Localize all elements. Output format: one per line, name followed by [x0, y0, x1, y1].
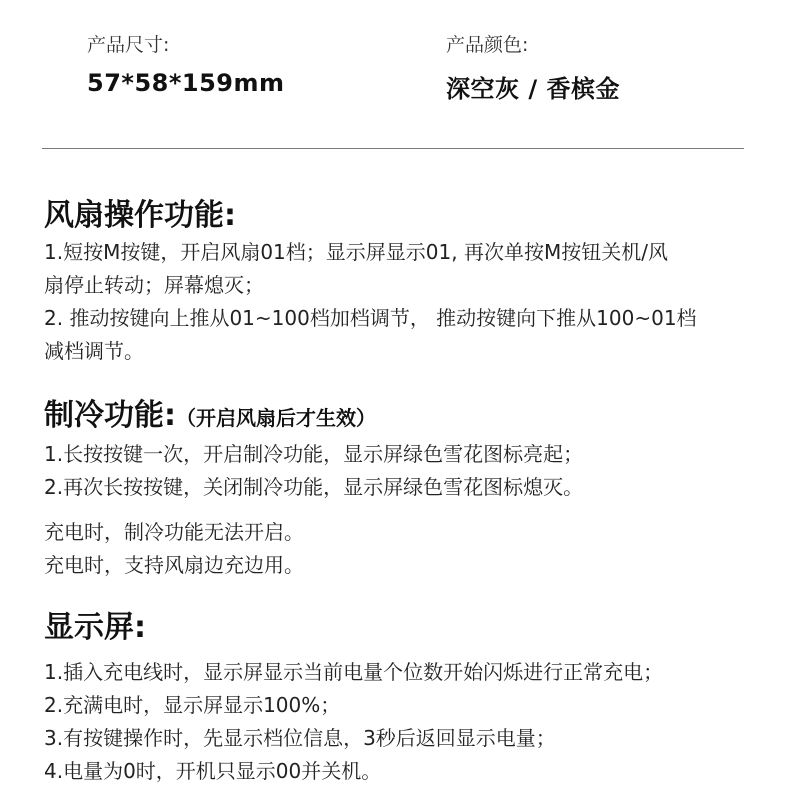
spec-color-label: 产品颜色:: [446, 30, 620, 57]
spec-color: 产品颜色: 深空灰 / 香槟金: [446, 30, 620, 104]
text-line: 4.电量为0时，开机只显示00并关机。: [44, 755, 764, 788]
section-title: 显示屏:: [44, 608, 764, 648]
section-title: 制冷功能:（开启风扇后才生效）: [44, 396, 764, 438]
spec-size-label: 产品尺寸:: [87, 30, 285, 57]
section-title: 风扇操作功能:: [44, 196, 764, 236]
section-title-note: （开启风扇后才生效）: [176, 406, 376, 430]
text-line: 1.长按按键一次，开启制冷功能，显示屏绿色雪花图标亮起；: [44, 438, 764, 471]
divider: [42, 148, 744, 149]
text-line: 3.有按键操作时，先显示档位信息，3秒后返回显示电量；: [44, 722, 764, 755]
text-line: 2. 推动按键向上推从01~100档加档调节， 推动按键向下推从100~01档: [44, 302, 764, 335]
text-line: 扇停止转动；屏幕熄灭；: [44, 269, 764, 302]
spec-size-value: 57*58*159mm: [87, 69, 285, 97]
spacer: [44, 504, 764, 516]
section-display: 显示屏: 1.插入充电线时，显示屏显示当前电量个位数开始闪烁进行正常充电； 2.…: [44, 608, 764, 788]
text-line: 充电时，制冷功能无法开启。: [44, 516, 764, 549]
spec-color-value: 深空灰 / 香槟金: [446, 69, 620, 104]
section-fan-operation: 风扇操作功能: 1.短按M按键，开启风扇01档；显示屏显示01, 再次单按M按钮…: [44, 196, 764, 368]
text-line: 充电时，支持风扇边充边用。: [44, 549, 764, 582]
text-line: 2.充满电时，显示屏显示100%；: [44, 689, 764, 722]
spec-size: 产品尺寸: 57*58*159mm: [87, 30, 285, 97]
section-title-text: 制冷功能:: [44, 398, 176, 433]
text-line: 1.短按M按键，开启风扇01档；显示屏显示01, 再次单按M按钮关机/风: [44, 236, 764, 269]
text-line: 1.插入充电线时，显示屏显示当前电量个位数开始闪烁进行正常充电；: [44, 656, 764, 689]
text-line: 2.再次长按按键，关闭制冷功能，显示屏绿色雪花图标熄灭。: [44, 471, 764, 504]
section-cooling: 制冷功能:（开启风扇后才生效） 1.长按按键一次，开启制冷功能，显示屏绿色雪花图…: [44, 396, 764, 582]
text-line: 减档调节。: [44, 335, 764, 368]
